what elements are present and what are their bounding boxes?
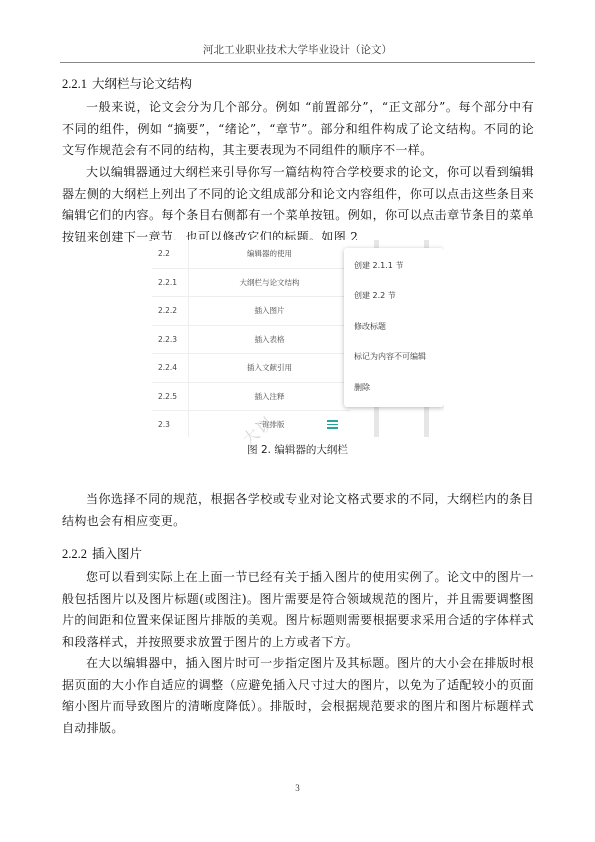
menu-item-create-subsection[interactable]: 创建 2.1.1 节 [344,250,444,281]
outline-title: 编辑器的使用 [189,248,350,259]
outline-row[interactable]: 2.2编辑器的使用 [152,240,350,269]
outline-row[interactable]: 2.2.1大纲栏与论文结构 [152,269,350,298]
page-number: 3 [0,783,595,793]
menu-item-create-section[interactable]: 创建 2.2 节 [344,281,444,312]
paragraph: 大以编辑器通过大纲栏来引导你写一篇结构符合学校要求的论文，你可以看到编辑器左侧的… [62,162,534,248]
outline-title: 插入注释 [189,391,350,402]
paragraph: 您可以看到实际上在上面一节已经有关于插入图片的使用实例了。论文中的图片一般包括图… [62,567,534,653]
section-number: 2.2.2 [62,547,87,561]
menu-item-lock-content[interactable]: 标记为内容不可编辑 [344,342,444,373]
paragraph: 在大以编辑器中，插入图片时可一步指定图片及其标题。图片的大小会在排版时根据页面的… [62,653,534,739]
outline-title: 插入图片 [189,305,350,316]
menu-item-rename[interactable]: 修改标题 [344,311,444,342]
menu-item-delete[interactable]: 删除 [344,372,444,403]
outline-panel: 2.2编辑器的使用 2.2.1大纲栏与论文结构 2.2.2插入图片 2.2.3插… [152,240,350,437]
paragraph: 一般来说，论文会分为几个部分。例如 “前置部分”，“正文部分”。每个部分中有不同… [62,97,534,162]
outline-number: 2.2.3 [152,326,189,354]
section-number: 2.2.1 [62,77,87,91]
outline-row[interactable]: 2.2.5插入注释 [152,383,350,412]
outline-number: 2.2 [152,240,189,268]
figure-caption: 图 2. 编辑器的大纲栏 [0,442,595,457]
section-heading-2-2-2: 2.2.2插入图片 [62,544,142,562]
outline-number: 2.2.5 [152,383,189,411]
header-divider [60,62,535,63]
outline-title: 插入文献引用 [189,362,350,373]
outline-row[interactable]: 2.2.4插入文献引用 [152,354,350,383]
context-menu: 创建 2.1.1 节 创建 2.2 节 修改标题 标记为内容不可编辑 删除 [344,248,444,407]
section-title: 大纲栏与论文结构 [92,76,192,91]
outline-row[interactable]: 2.2.3插入表格 [152,326,350,355]
outline-number: 2.2.2 [152,297,189,325]
outline-title: 插入表格 [189,334,350,345]
paragraph: 当你选择不同的规范，根据各学校或专业对论文格式要求的不同，大纲栏内的条目结构也会… [62,489,534,532]
outline-row[interactable]: 2.2.2插入图片 [152,297,350,326]
outline-title: 大纲栏与论文结构 [189,277,350,288]
section-title: 插入图片 [92,546,142,561]
outline-number: 2.2.4 [152,354,189,382]
page-header: 河北工业职业技术大学毕业设计（论文） [60,42,535,57]
list-menu-icon[interactable] [327,420,338,429]
section-heading-2-2-1: 2.2.1大纲栏与论文结构 [62,74,192,92]
outline-number: 2.2.1 [152,269,189,297]
figure-outline-screenshot: 2.2编辑器的使用 2.2.1大纲栏与论文结构 2.2.2插入图片 2.2.3插… [152,240,444,437]
outline-number: 2.3 [152,411,189,437]
